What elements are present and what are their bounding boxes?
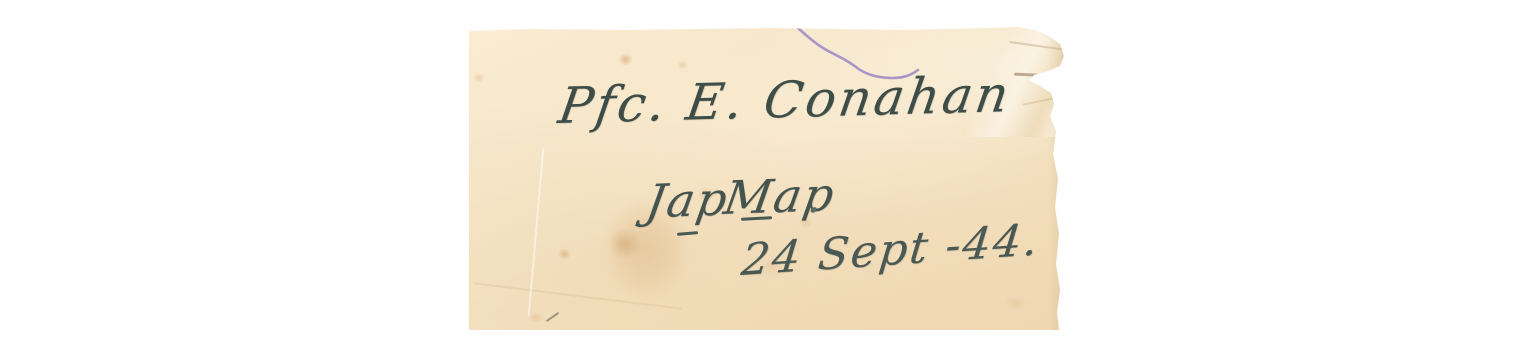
pencil-mark (546, 312, 559, 322)
stain (558, 248, 571, 260)
stain (618, 53, 633, 66)
stain (527, 312, 545, 323)
torn-edge-shading (1048, 27, 1070, 330)
handwriting-line-date: 24 Sept -44. (739, 215, 1042, 286)
scan-background: Pfc. E. Conahan Jap Map . 24 Sept -44. (0, 0, 1537, 364)
stain (1005, 295, 1027, 311)
handwriting-word-jap: Jap (642, 172, 732, 229)
stain (609, 229, 641, 259)
stain (677, 60, 688, 70)
handwriting-line-name: Pfc. E. Conahan (555, 65, 1015, 135)
stain (473, 72, 485, 83)
paper-fragment: Pfc. E. Conahan Jap Map . 24 Sept -44. (469, 27, 1070, 330)
